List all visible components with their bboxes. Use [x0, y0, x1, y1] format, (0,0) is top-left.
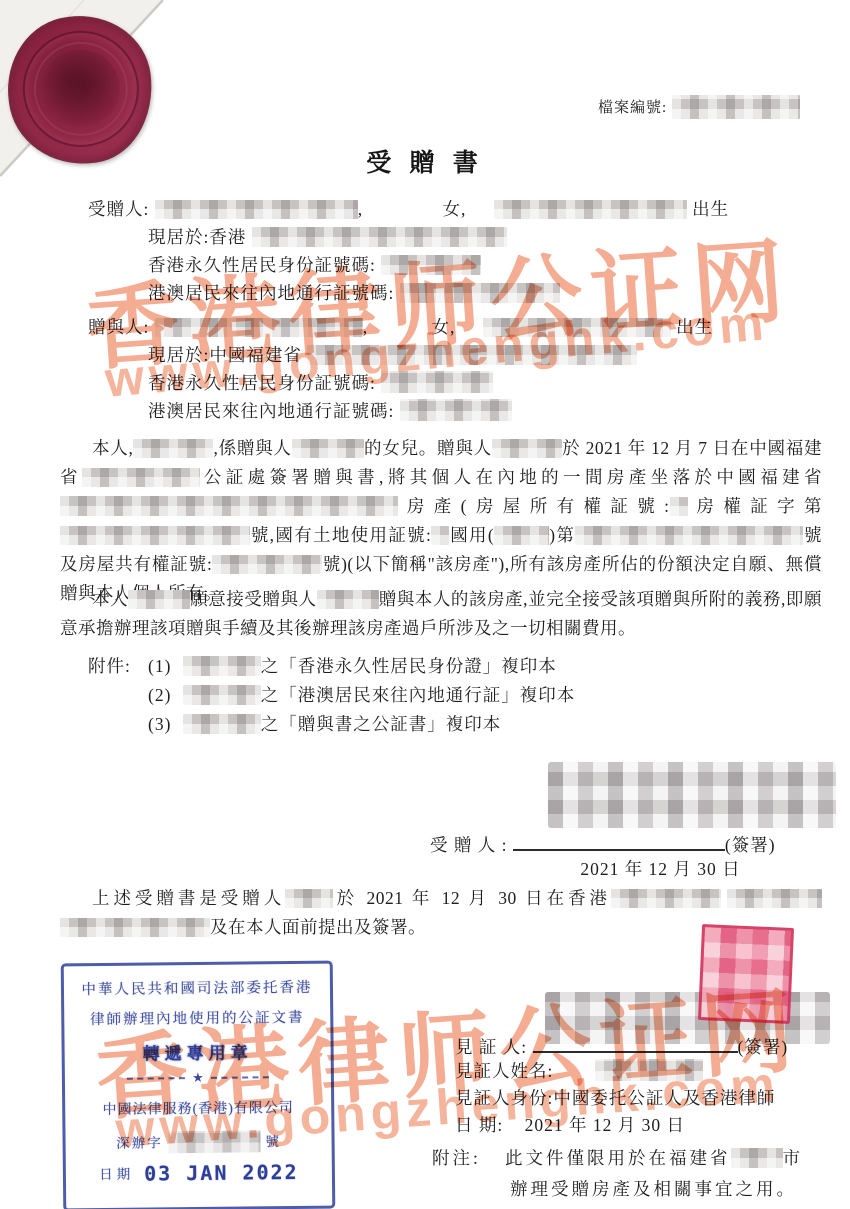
recipient-birth-label: 出生 [692, 199, 729, 219]
redacted-text [82, 468, 200, 487]
redacted-text [60, 496, 398, 516]
stamp-line1: 中華人民共和國司法部委托香港 [64, 976, 330, 1000]
signature-underline [533, 1031, 738, 1053]
redacted-red-chop [698, 924, 794, 1024]
document-page: 檔案編號: 受 贈 書 受贈人: , 女, 出生 現居於:香港 香港永久性居民身… [0, 0, 850, 1209]
redacted-permit-number [400, 283, 560, 303]
stamp-company: 中國法律服務(香港)有限公司 [65, 1097, 331, 1120]
redacted-permit-number [400, 399, 512, 421]
recipient-signature-line: 受 贈 人 : (簽署) [430, 829, 776, 857]
redacted-name [183, 685, 261, 705]
star-icon: ★ [192, 1073, 204, 1083]
donor-hkid: 香港永久性居民身份証號碼: [148, 371, 493, 395]
recipient-gender: 女, [443, 199, 467, 219]
redacted-name [183, 714, 261, 734]
file-number-label: 檔案編號: [598, 100, 667, 116]
redacted-file-number [672, 95, 800, 119]
witness-date-row: 日 期: 2021 年 12 月 30 日 [455, 1113, 685, 1137]
redacted-text [128, 590, 190, 609]
note-line2: 辦理受贈房產及相關事宜之用。 [510, 1177, 797, 1201]
donor-residence: 現居於:中國福建省 [148, 343, 637, 367]
redacted-recipient-birth [494, 200, 687, 219]
redacted-id-number [381, 255, 481, 275]
attachment-item: (3) 之「贈與書之公証書」複印本 [148, 712, 501, 736]
redacted-text [727, 889, 822, 908]
china-legal-services-stamp: 中華人民共和國司法部委托香港 律師辦理內地使用的公証文書 轉遞專用章 ★ 中國法… [61, 961, 336, 1209]
witness-identity-row: 見証人身份:中國委托公証人及香港律師 [455, 1086, 775, 1110]
redacted-text [212, 555, 322, 574]
redacted-text [575, 526, 803, 545]
recipient-hkid: 香港永久性居民身份証號碼: [148, 253, 481, 277]
attachments-label: 附件: [88, 654, 131, 678]
donor-birth-label: 出生 [676, 317, 713, 337]
stamp-divider: ★ [65, 1072, 331, 1085]
redacted-donor-name [155, 318, 363, 337]
redacted-text [317, 590, 379, 609]
redacted-donor-birth [483, 318, 671, 337]
gift-declaration-paragraph: 本人,,係贈與人的女兒。贈與人於 2021 年 12 月 7 日在中國福建省公証… [60, 434, 822, 608]
recipient-residence: 現居於:香港 [148, 225, 507, 249]
redacted-text [494, 526, 549, 545]
stamp-date-row: 日期03 JAN 2022 [66, 1160, 332, 1187]
redacted-text [60, 918, 210, 937]
redacted-id-number [381, 371, 493, 393]
redacted-city [731, 1148, 783, 1168]
redacted-text [133, 439, 213, 458]
stamp-ref-number: 深辦字 號 [65, 1130, 331, 1155]
recipient-line: 受贈人: , 女, 出生 [88, 197, 729, 221]
stamp-seal-title: 轉遞專用章 [65, 1038, 331, 1066]
witness-name-row: 見証人姓名: [455, 1059, 703, 1083]
stamp-line2: 律師辦理內地使用的公証文書 [64, 1006, 330, 1030]
note-line1: 此文件僅限用於在福建省市 [505, 1146, 803, 1170]
donor-line: 贈與人: , 女, 出生 [88, 315, 713, 339]
note-label: 附注: [432, 1146, 481, 1170]
redacted-text [60, 526, 250, 545]
redacted-recipient-name [155, 200, 358, 219]
redacted-text [431, 526, 449, 545]
donor-permit: 港澳居民來往內地通行証號碼: [148, 399, 512, 423]
witness-signature-line: 見 証 人: (簽署) [455, 1031, 788, 1059]
recipient-permit: 港澳居民來往內地通行証號碼: [148, 281, 560, 305]
file-number-row: 檔案編號: [598, 95, 800, 119]
redacted-witness-name [595, 1059, 703, 1081]
attachment-item: (1) 之「香港永久性居民身份證」複印本 [148, 654, 557, 678]
redacted-text [285, 889, 333, 908]
redacted-signature [548, 762, 836, 828]
signature-date: 2021 年 12 月 30 日 [548, 857, 773, 881]
redacted-text [670, 497, 688, 516]
donor-gender: 女, [432, 317, 456, 337]
donor-label: 贈與人: [88, 317, 149, 337]
date-stamp: 03 JAN 2022 [144, 1160, 299, 1186]
redacted-name [183, 656, 261, 676]
redacted-text [492, 439, 562, 458]
redacted-address [252, 227, 507, 247]
redacted-text [611, 889, 721, 908]
recipient-label: 受贈人: [88, 199, 149, 219]
redacted-address [307, 345, 637, 365]
acceptance-paragraph: 本人願意接受贈與人贈與本人的該房產,並完全接受該項贈與所附的義務,即願意承擔辦理… [60, 585, 822, 643]
redacted-ref-number [168, 1130, 260, 1153]
signature-underline [513, 829, 725, 851]
attachment-item: (2) 之「港澳居民來往內地通行証」複印本 [148, 683, 575, 707]
redacted-text [292, 439, 364, 458]
